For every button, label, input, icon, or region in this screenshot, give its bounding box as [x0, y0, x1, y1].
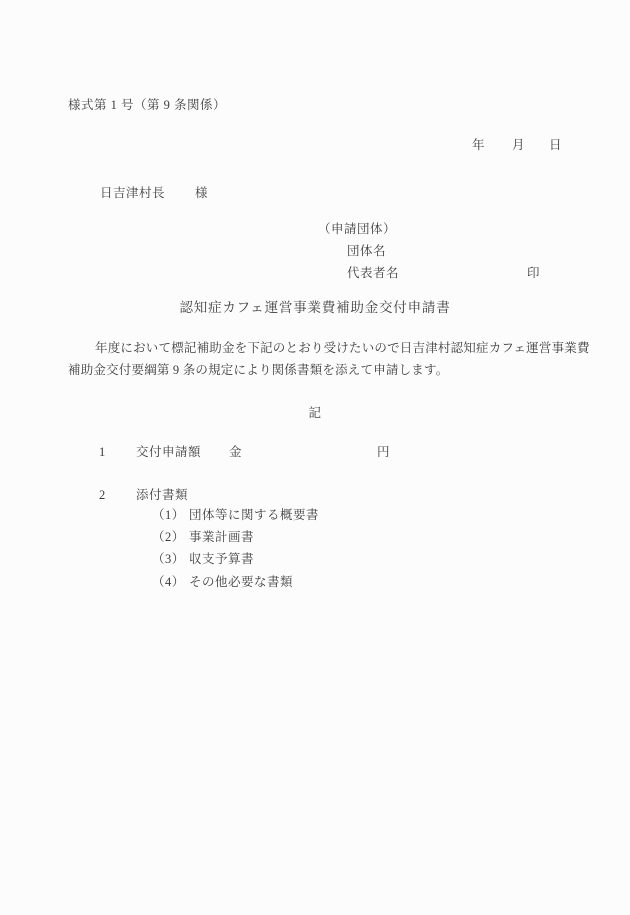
date-year-label: 年 — [472, 137, 485, 153]
attachment-4-text: その他必要な書類 — [189, 574, 293, 590]
item-2-number: 2 — [99, 487, 106, 503]
item-1-label: 交付申請額 — [136, 444, 201, 460]
addressee-name: 日吉津村長 — [100, 185, 165, 201]
body-line-2: 補助金交付要綱第 9 条の規定により関係書類を添えて申請します。 — [68, 362, 448, 378]
date-day-label: 日 — [549, 137, 562, 153]
item-1-number: 1 — [99, 444, 106, 460]
seal-label: 印 — [527, 265, 540, 281]
amount-suffix: 円 — [377, 444, 390, 460]
org-name-label: 団体名 — [347, 243, 386, 259]
attachment-1-number: （1） — [152, 507, 185, 523]
attachment-2-number: （2） — [152, 529, 185, 545]
document-page: 様式第 1 号（第 9 条関係） 年 月 日 日吉津村長 様 （申請団体） 団体… — [0, 0, 630, 915]
list-marker: 記 — [0, 405, 630, 421]
representative-label: 代表者名 — [347, 265, 399, 281]
item-2-label: 添付書類 — [136, 487, 188, 503]
amount-prefix: 金 — [229, 444, 242, 460]
document-title: 認知症カフェ運営事業費補助金交付申請書 — [0, 299, 630, 317]
attachment-4-number: （4） — [152, 574, 185, 590]
addressee-honorific: 様 — [195, 185, 208, 201]
date-month-label: 月 — [512, 137, 525, 153]
attachment-1-text: 団体等に関する概要書 — [189, 507, 319, 523]
body-line-1: 年度において標記補助金を下記のとおり受けたいので日吉津村認知症カフェ運営事業費 — [95, 340, 590, 356]
applicant-heading: （申請団体） — [318, 221, 396, 237]
form-number: 様式第 1 号（第 9 条関係） — [68, 97, 226, 113]
attachment-2-text: 事業計画書 — [189, 529, 254, 545]
attachment-3-text: 収支予算書 — [189, 551, 254, 567]
attachment-3-number: （3） — [152, 551, 185, 567]
